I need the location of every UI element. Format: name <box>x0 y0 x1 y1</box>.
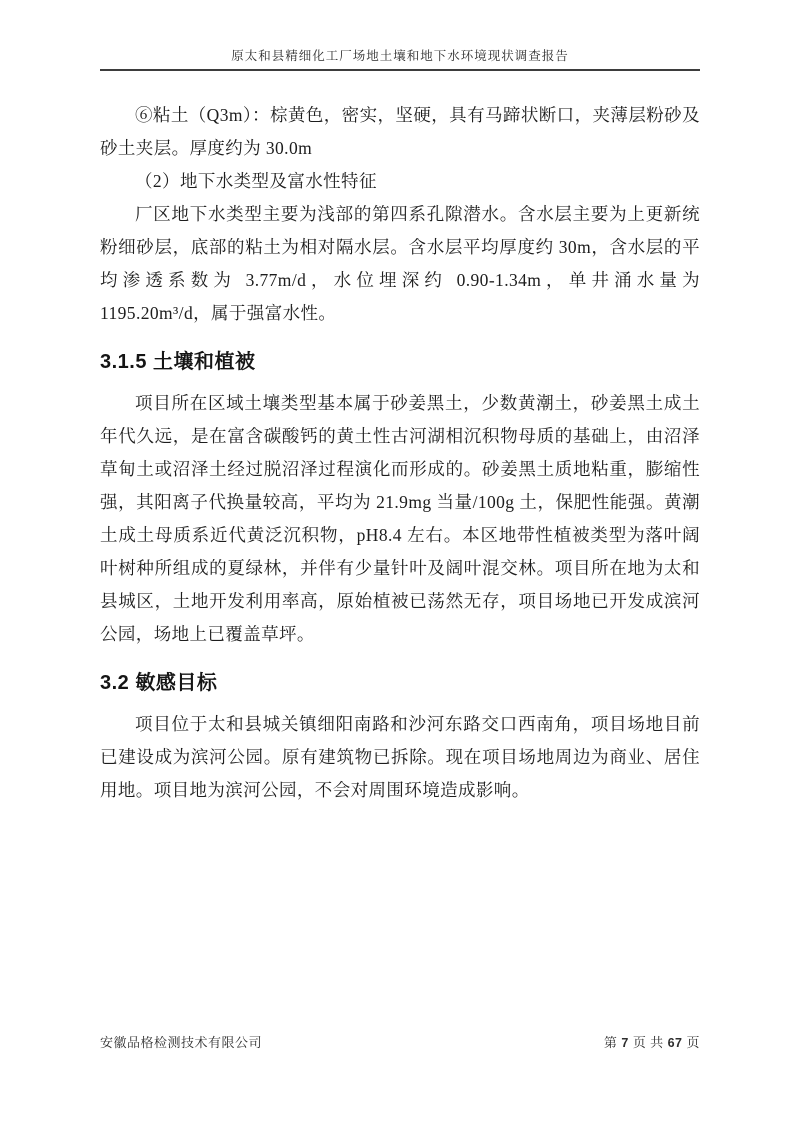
footer-page-prefix: 第 <box>604 1035 618 1050</box>
heading-sensitive-targets: 3.2 敏感目标 <box>100 670 700 696</box>
document-page: 原太和县精细化工厂场地土壤和地下水环境现状调查报告 ⑥粘土（Q3m）：棕黄色，密… <box>0 0 800 1131</box>
heading-soil-and-vegetation: 3.1.5 土壤和植被 <box>100 349 700 375</box>
paragraph-groundwater-subtitle: （2）地下水类型及富水性特征 <box>100 165 700 198</box>
footer-current-page-number: 7 <box>621 1036 628 1050</box>
paragraph-soil-description: 项目所在区域土壤类型基本属于砂姜黑土，少数黄潮土，砂姜黑土成土年代久远，是在富含… <box>100 387 700 651</box>
document-body: ⑥粘土（Q3m）：棕黄色，密实，坚硬，具有马蹄状断口，夹薄层粉砂及砂土夹层。厚度… <box>100 99 700 807</box>
paragraph-groundwater-description: 厂区地下水类型主要为浅部的第四系孔隙潜水。含水层主要为上更新统粉细砂层，底部的粘… <box>100 198 700 330</box>
page-footer: 安徽品格检测技术有限公司 第7页 共67页 <box>100 1032 700 1051</box>
footer-page-mid-label: 页 共 <box>633 1035 664 1050</box>
footer-page-info: 第7页 共67页 <box>604 1032 700 1051</box>
page-header: 原太和县精细化工厂场地土壤和地下水环境现状调查报告 <box>100 48 700 71</box>
footer-page-suffix: 页 <box>686 1035 700 1050</box>
paragraph-clay-layer: ⑥粘土（Q3m）：棕黄色，密实，坚硬，具有马蹄状断口，夹薄层粉砂及砂土夹层。厚度… <box>100 99 700 165</box>
footer-company-name: 安徽品格检测技术有限公司 <box>100 1032 262 1051</box>
paragraph-sensitive-targets: 项目位于太和县城关镇细阳南路和沙河东路交口西南角，项目场地目前已建设成为滨河公园… <box>100 708 700 807</box>
footer-total-pages-number: 67 <box>668 1036 683 1050</box>
header-title: 原太和县精细化工厂场地土壤和地下水环境现状调查报告 <box>100 48 700 64</box>
